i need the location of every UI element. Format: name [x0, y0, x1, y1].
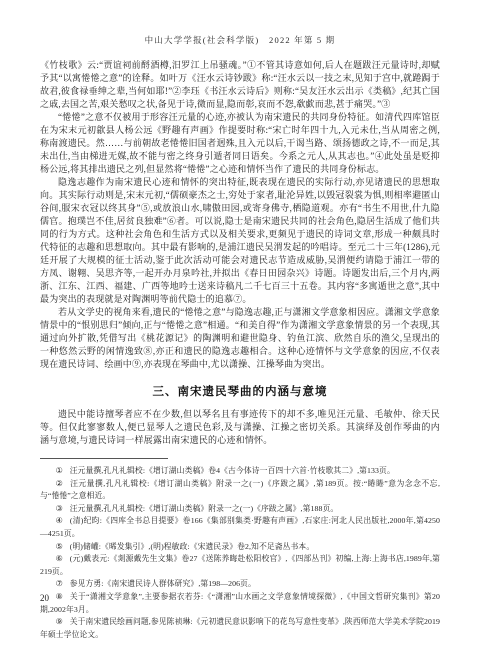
footnote-1: ①汪元量撰,孔凡礼辑校:《增订湖山类稿》卷4《古今体诗一百四十六首·竹枝歌其二》…	[40, 465, 440, 478]
footnote-8: ⑧关于“潇湘文学意象”,主要参据衣若芬:《“潇湘”山水画之文学意象情境探微》,《…	[40, 591, 440, 616]
footnote-marker: ③	[56, 504, 63, 513]
footnote-text: 关于南宋遗民绘画问题,参见陈祯琳:《元初遗民意识影响下的花鸟写意性变革》,陕西师…	[40, 617, 440, 639]
article-body: 《竹枝歌》云:“贾谊祠前酹酒樽,汨罗江上吊骚魂。”①不管其诗意如何,后人在题跋汪…	[40, 59, 440, 447]
body-paragraph-2: “惓惓”之意不仅被用于形容汪元量的心迹,亦被认为南宋遗民的共同身份特征。如清代四…	[40, 111, 440, 176]
footnote-3: ③汪元量撰,孔凡礼辑校:《增订湖山类稿》附录一之(一)《序跋之属》,第188页。	[40, 503, 440, 516]
footnote-5: ⑤(明)储巏:《晞发集引》,(明)程敏政:《宋遗民录》卷2,知不足斋丛书本。	[40, 541, 440, 554]
footnote-2: ②汪元量撰,孔凡礼辑校:《增订湖山类稿》附录一之(一)《序跋之属》,第189页。…	[40, 478, 440, 503]
footnote-text: (清)纪昀:《四库全书总目提要》卷166《集部别集类·野趣有声画》,石家庄:河北…	[40, 516, 440, 538]
footnote-marker: ⑧	[56, 592, 63, 601]
footnote-marker: ①	[56, 466, 63, 475]
page-number: 20	[40, 593, 49, 603]
body-paragraph-4: 若从文学史的视角来看,遗民的“惓惓之意”与隐逸志趣,正与潇湘文学意象相因应。潇湘…	[40, 306, 440, 371]
footnote-text: 参见方勇:《南宋遗民诗人群体研究》,第198—206页。	[70, 579, 256, 588]
footnote-text: (元)戴表元:《剡源戴先生文集》卷27《送陈养晦赴松阳校官》,《四部丛刊》初编,…	[40, 554, 440, 576]
footnote-7: ⑦参见方勇:《南宋遗民诗人群体研究》,第198—206页。	[40, 578, 440, 591]
body-paragraph-3: 隐逸志趣作为南宋遗民心迹和情怀的突出特征,既表现在遗民的实际行动,亦见诸遗民的思…	[40, 176, 440, 306]
footnote-marker: ④	[56, 516, 63, 525]
section-heading: 三、南宋遗民琴曲的内涵与意境	[40, 383, 440, 399]
footnote-marker: ②	[56, 479, 63, 488]
footnote-text: (明)储巏:《晞发集引》,(明)程敏政:《宋遗民录》卷2,知不足斋丛书本。	[70, 542, 315, 551]
journal-page: 中山大学学报(社会科学版) 2022 年第 5 期 《竹枝歌》云:“贾谊祠前酹酒…	[0, 0, 480, 647]
body-paragraph-1: 《竹枝歌》云:“贾谊祠前酹酒樽,汨罗江上吊骚魂。”①不管其诗意如何,后人在题跋汪…	[40, 59, 440, 111]
footnote-6: ⑥(元)戴表元:《剡源戴先生文集》卷27《送陈养晦赴松阳校官》,《四部丛刊》初编…	[40, 553, 440, 578]
footnote-9: ⑨关于南宋遗民绘画问题,参见陈祯琳:《元初遗民意识影响下的花鸟写意性变革》,陕西…	[40, 616, 440, 641]
footnote-marker: ⑤	[56, 542, 63, 551]
footnote-text: 汪元量撰,孔凡礼辑校:《增订湖山类稿》附录一之(一)《序跋之属》,第189页。按…	[40, 479, 440, 501]
footnote-divider	[40, 458, 168, 459]
footnotes-block: ①汪元量撰,孔凡礼辑校:《增订湖山类稿》卷4《古今体诗一百四十六首·竹枝歌其二》…	[40, 465, 440, 641]
footnote-text: 汪元量撰,孔凡礼辑校:《增订湖山类稿》卷4《古今体诗一百四十六首·竹枝歌其二》,…	[70, 466, 395, 475]
footnote-4: ④(清)纪昀:《四库全书总目提要》卷166《集部别集类·野趣有声画》,石家庄:河…	[40, 515, 440, 540]
journal-header: 中山大学学报(社会科学版) 2022 年第 5 期	[40, 34, 440, 46]
body-paragraph-5: 遗民中能诗擅琴者应不在少数,但以琴名且有事迹传下的却不多,唯见汪元量、毛敏仲、徐…	[40, 408, 440, 447]
footnote-marker: ⑨	[56, 617, 63, 626]
footnote-text: 关于“潇湘文学意象”,主要参据衣若芬:《“潇湘”山水画之文学意象情境探微》,《中…	[40, 592, 440, 614]
footnote-text: 汪元量撰,孔凡礼辑校:《增订湖山类稿》附录一之(一)《序跋之属》,第188页。	[70, 504, 339, 513]
footnote-marker: ⑦	[56, 579, 63, 588]
footnote-marker: ⑥	[56, 554, 63, 563]
